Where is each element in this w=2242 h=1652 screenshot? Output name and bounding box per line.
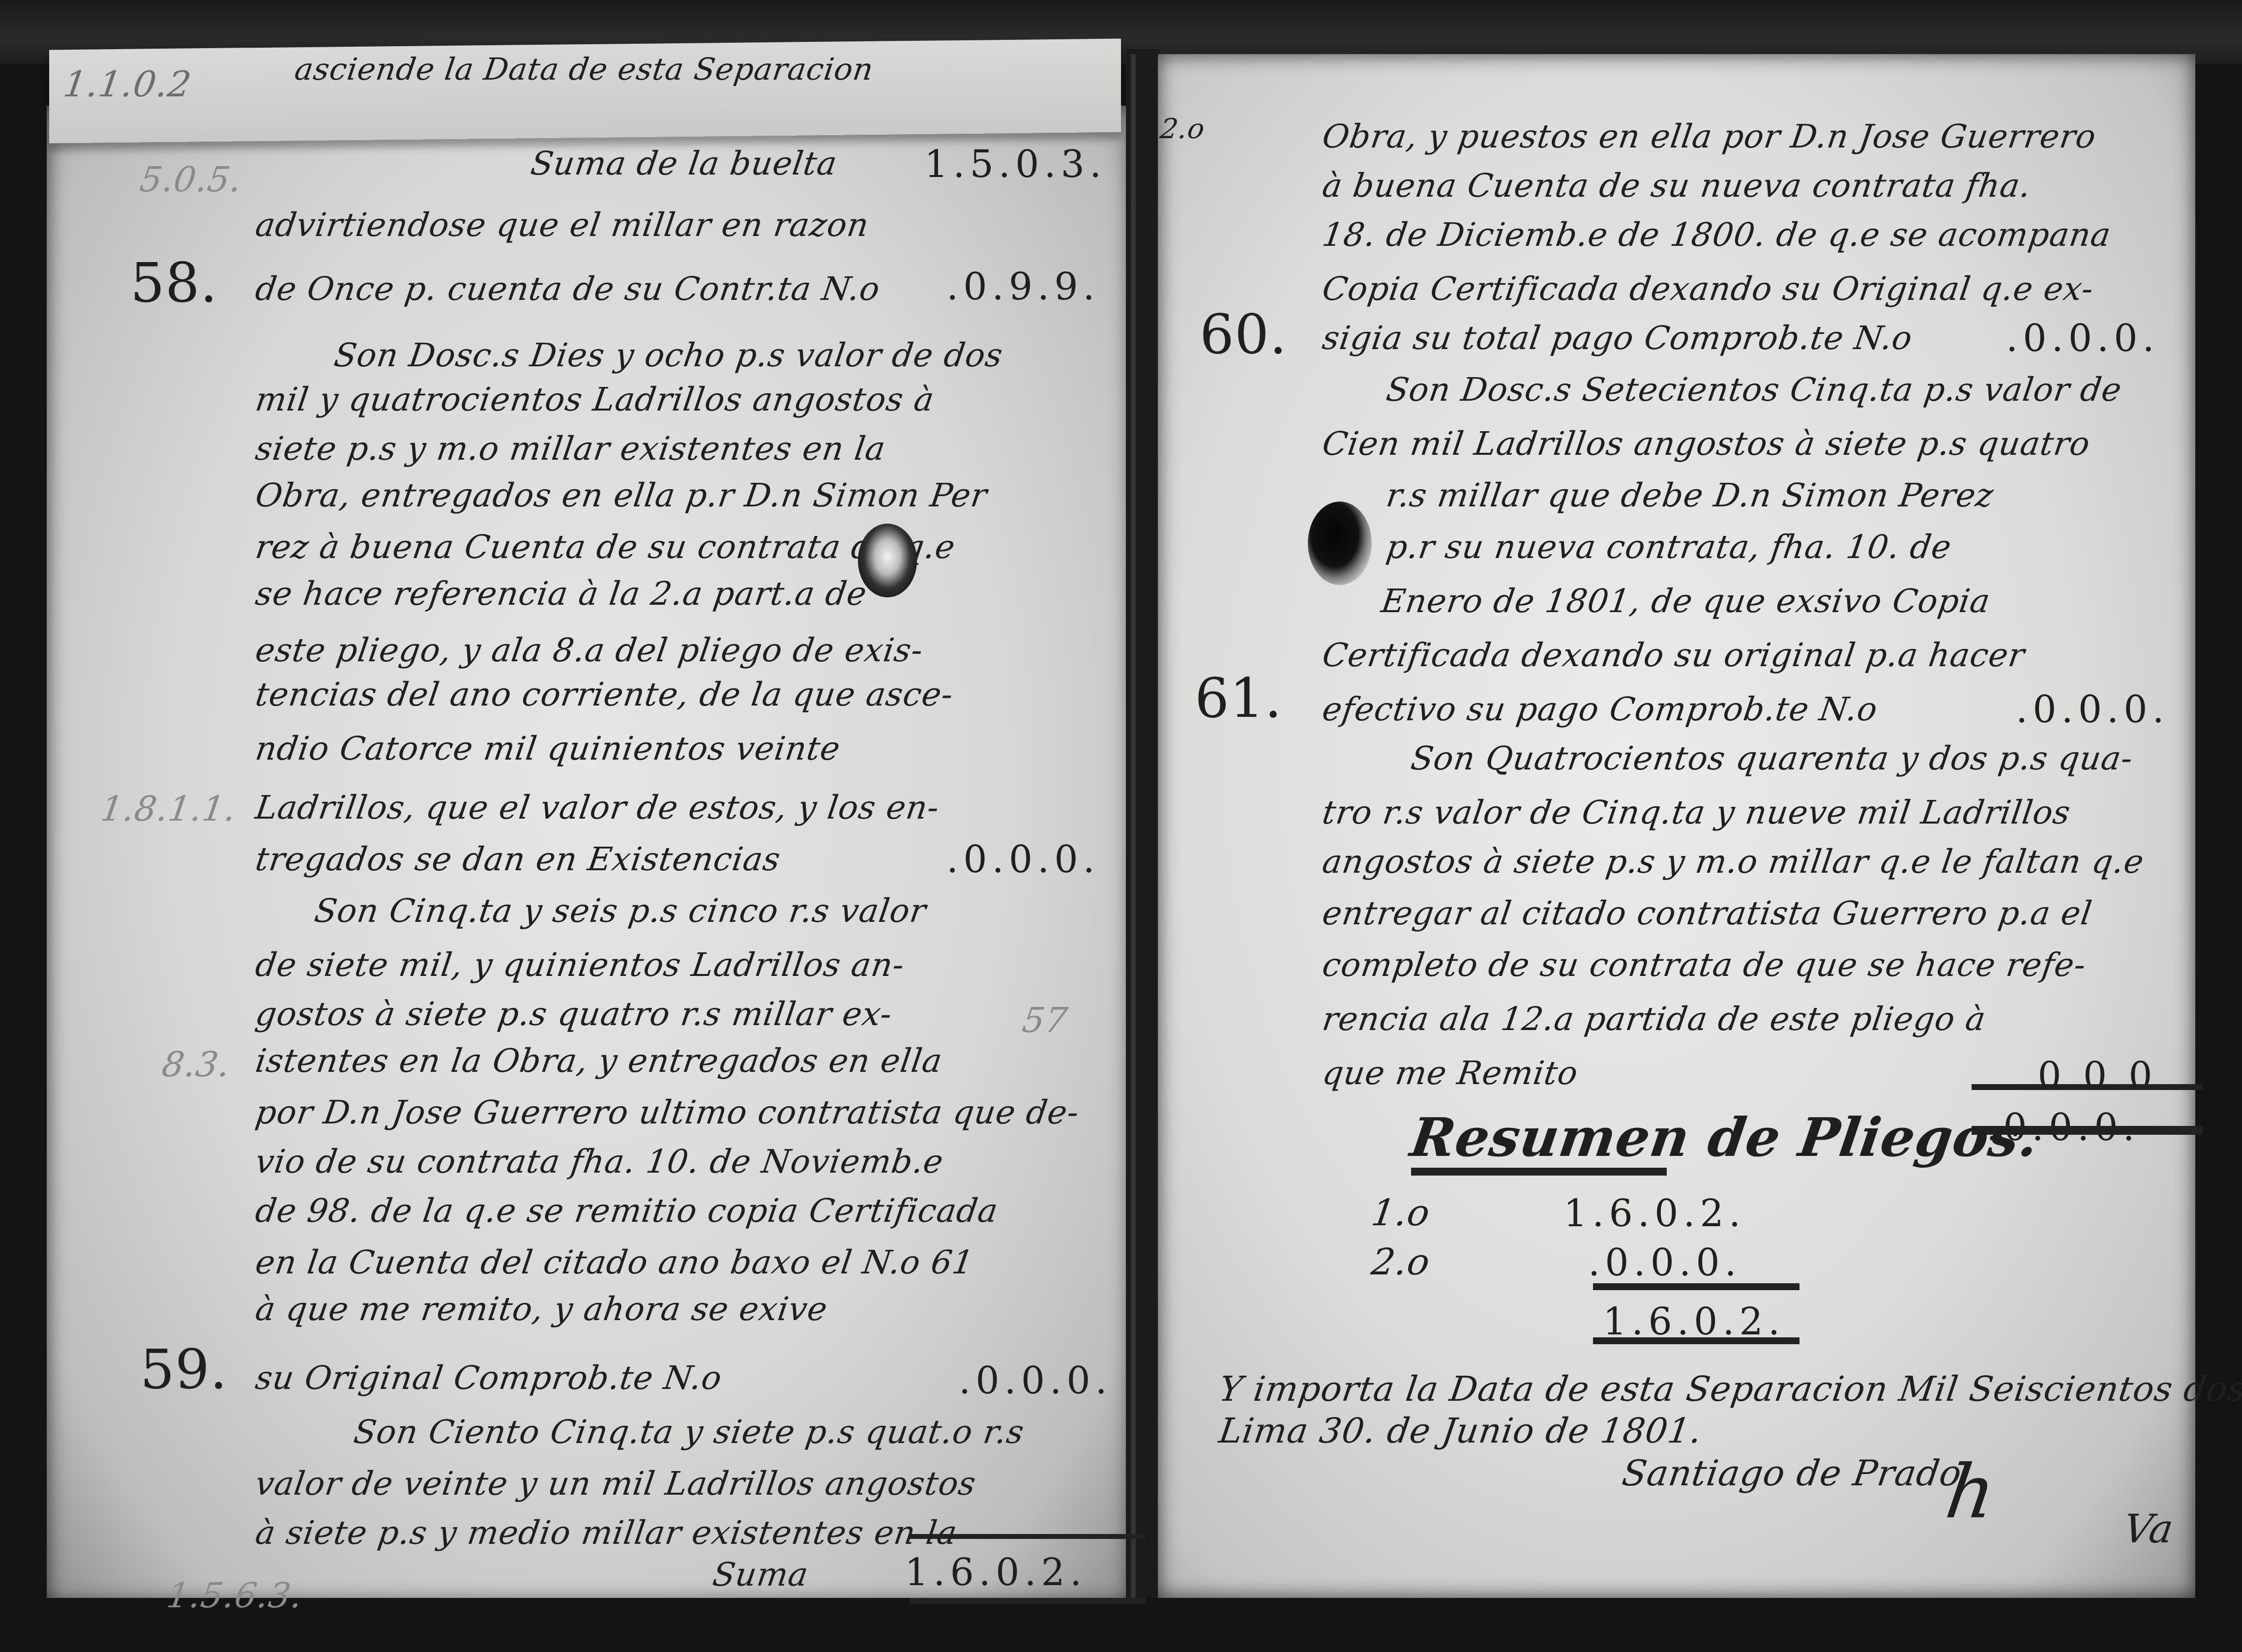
entry-line: Son Dosc.s Setecientos Cinq.ta p.s valor… bbox=[1384, 374, 2124, 406]
corner-mark: Va bbox=[2121, 1509, 2176, 1549]
entry-line: efectivo su pago Comprob.te N.o bbox=[1320, 693, 1880, 726]
entry-line: rencia ala 12.a partida de este pliego à bbox=[1320, 1003, 1988, 1035]
entry-amount: .0.0.0. bbox=[2006, 320, 2159, 357]
entry-amount: .0.0.0. bbox=[946, 841, 1100, 878]
carry-over-amount: 1.5.0.3. bbox=[924, 146, 1106, 183]
summary-row-label: 1.o bbox=[1369, 1195, 1433, 1231]
entry-line: Obra, entregados en ella p.r D.n Simon P… bbox=[253, 479, 989, 512]
entry-line: p.r su nueva contrata, fha. 10. de bbox=[1384, 531, 1953, 563]
sum-rule-bottom bbox=[910, 1598, 1146, 1604]
entry-number-60: 60. bbox=[1200, 307, 1287, 361]
margin-bleed-middle: 1.8.1.1. bbox=[98, 792, 238, 826]
signature: Santiago de Prado bbox=[1620, 1455, 1964, 1491]
entry-line: que me Remito bbox=[1320, 1057, 1580, 1090]
entry-line: en la Cuenta del citado ano baxo el N.o … bbox=[253, 1246, 975, 1279]
entry-line: Ladrillos, que el valor de estos, y los … bbox=[253, 792, 941, 824]
strip-bleed-number: 1.1.0.2 bbox=[61, 66, 194, 102]
entry-line: istentes en la Obra, y entregados en ell… bbox=[253, 1045, 944, 1077]
entry-line: 18. de Diciemb.e de 1800. de q.e se acom… bbox=[1320, 219, 2113, 251]
entry-line: angostos à siete p.s y m.o millar q.e le… bbox=[1320, 846, 2146, 878]
summary-rule bbox=[1593, 1283, 1799, 1290]
entry-number-58: 58. bbox=[130, 256, 218, 310]
entry-line: tro r.s valor de Cinq.ta y nueve mil Lad… bbox=[1320, 796, 2072, 829]
sum-rule-top bbox=[910, 1534, 1146, 1539]
margin-bleed-lower: 57 bbox=[1020, 1003, 1070, 1037]
entry-line: su Original Comprob.te N.o bbox=[253, 1362, 724, 1394]
entry-amount: .0.0.0. bbox=[2016, 691, 2169, 728]
summary-row-amount: 1.6.0.2. bbox=[1563, 1195, 1745, 1232]
entry-line: sigia su total pago Comprob.te N.o bbox=[1320, 322, 1914, 354]
entry-line: tregados se dan en Existencias bbox=[253, 843, 782, 876]
entry-line: valor de veinte y un mil Ladrillos angos… bbox=[253, 1468, 978, 1500]
page-marker: 2.o bbox=[1158, 116, 1207, 143]
entry-line: gostos à siete p.s quatro r.s millar ex- bbox=[253, 998, 894, 1031]
scanner-frame-bottom bbox=[0, 1598, 2242, 1652]
entry-line: por D.n Jose Guerrero ultimo contratista… bbox=[253, 1096, 1081, 1129]
entry-number-59: 59. bbox=[140, 1342, 228, 1396]
entry-line: Enero de 1801, de que exsivo Copia bbox=[1379, 585, 1992, 618]
entry-line: à buena Cuenta de su nueva contrata fha. bbox=[1320, 170, 2033, 202]
entry-line: se hace referencia à la 2.a part.a de bbox=[253, 578, 869, 610]
entry-line: de siete mil, y quinientos Ladrillos an- bbox=[253, 949, 906, 981]
entry-line: r.s millar que debe D.n Simon Perez bbox=[1384, 479, 1996, 512]
closing-date: Lima 30. de Junio de 1801. bbox=[1217, 1414, 1704, 1448]
margin-bleed-top: 5.0.5. bbox=[138, 162, 244, 197]
entry-amount: .0.9.9. bbox=[946, 268, 1100, 305]
margin-bleed-left: 8.3. bbox=[160, 1047, 232, 1082]
entry-line: de Once p. cuenta de su Contr.ta N.o bbox=[253, 273, 882, 305]
intro-line: advirtiendose que el millar en razon bbox=[253, 209, 871, 241]
entry-line: Cien mil Ladrillos angostos à siete p.s … bbox=[1320, 428, 2092, 460]
entry-line: entregar al citado contratista Guerrero … bbox=[1320, 897, 2094, 930]
entry-line: vio de su contrata fha. 10. de Noviemb.e bbox=[253, 1146, 945, 1178]
entry-line: ndio Catorce mil quinientos veinte bbox=[253, 733, 842, 765]
summary-title: Resumen de Pliegos. bbox=[1407, 1111, 2042, 1164]
entry-line: siete p.s y m.o millar existentes en la bbox=[253, 433, 887, 465]
entry-amount: .0.0.0. bbox=[959, 1362, 1112, 1399]
summary-title-underline bbox=[1411, 1168, 1667, 1176]
closing-line: Y importa la Data de esta Separacion Mil… bbox=[1217, 1372, 2242, 1406]
entry-number-61: 61. bbox=[1195, 671, 1282, 725]
entry-line: Son Quatrocientos quarenta y dos p.s qua… bbox=[1409, 742, 2135, 775]
entry-line: de 98. de la q.e se remitio copia Certif… bbox=[253, 1195, 1000, 1227]
entry-line: tencias del ano corriente, de la que asc… bbox=[253, 678, 955, 711]
summary-row-label: 2.o bbox=[1369, 1244, 1433, 1280]
gutter-edge bbox=[1131, 54, 1136, 1618]
entry-line: rez à buena Cuenta de su contrata de q.e bbox=[253, 531, 957, 563]
carry-over-label: Suma de la buelta bbox=[529, 147, 839, 180]
summary-total-rule bbox=[1593, 1337, 1799, 1344]
summary-row-amount: .0.0.0. bbox=[1588, 1244, 1741, 1281]
sum-label: Suma bbox=[710, 1559, 810, 1591]
entry-line: à siete p.s y medio millar existentes en… bbox=[253, 1517, 959, 1549]
binding-hole-left bbox=[858, 524, 917, 597]
entry-line: Certificada dexando su original p.a hace… bbox=[1320, 639, 2027, 672]
entry-line: Obra, y puestos en ella por D.n Jose Gue… bbox=[1320, 120, 2098, 153]
binding-hole-right bbox=[1308, 501, 1372, 585]
entry-line: este pliego, y ala 8.a del pliego de exi… bbox=[253, 634, 925, 667]
entry-line: à que me remito, y ahora se exive bbox=[253, 1293, 829, 1326]
entry-line: Copia Certificada dexando su Original q.… bbox=[1320, 273, 2095, 305]
strip-text: asciende la Data de esta Separacion bbox=[293, 54, 876, 85]
total-rule-top bbox=[1972, 1084, 2203, 1090]
entry-line: Son Ciento Cinq.ta y siete p.s quat.o r.… bbox=[352, 1416, 1026, 1448]
summary-total: 1.6.0.2. bbox=[1603, 1303, 1785, 1340]
entry-line: completo de su contrata de que se hace r… bbox=[1320, 949, 2088, 981]
entry-line: Son Cinq.ta y seis p.s cinco r.s valor bbox=[312, 895, 928, 927]
entry-line: Son Dosc.s Dies y ocho p.s valor de dos bbox=[332, 339, 1004, 372]
sum-amount: 1.6.0.2. bbox=[905, 1554, 1087, 1591]
entry-line: mil y quatrocientos Ladrillos angostos à bbox=[253, 383, 936, 416]
margin-bleed-bottom: 1.5.6.3. bbox=[165, 1578, 305, 1613]
